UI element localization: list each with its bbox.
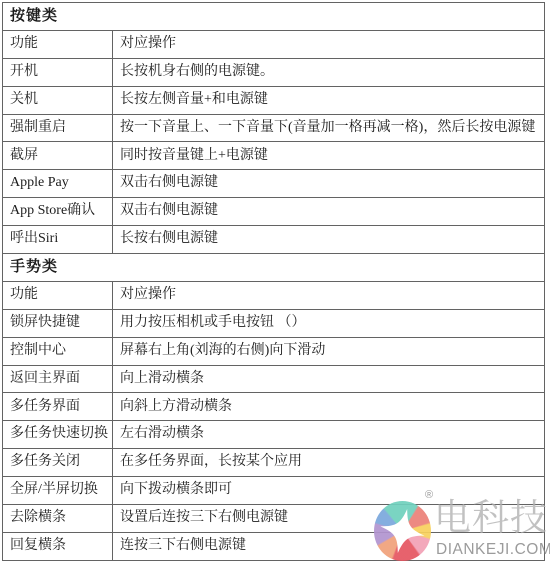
function-cell: 回复横条	[3, 532, 113, 560]
section-title: 手势类	[3, 254, 545, 282]
action-cell: 左右滑动横条	[113, 421, 545, 449]
column-header-action: 对应操作	[113, 30, 545, 58]
function-cell: 多任务界面	[3, 393, 113, 421]
table-row: 强制重启 按一下音量上、一下音量下(音量加一格再减一格)，然后长按电源键	[3, 114, 545, 142]
function-cell: 全屏/半屏切换	[3, 477, 113, 505]
action-cell: 同时按音量键上+电源键	[113, 142, 545, 170]
action-cell: 向下拨动横条即可	[113, 477, 545, 505]
column-header-row: 功能 对应操作	[3, 281, 545, 309]
action-cell: 在多任务界面，长按某个应用	[113, 449, 545, 477]
table-row: 返回主界面 向上滑动横条	[3, 365, 545, 393]
function-cell: App Store确认	[3, 198, 113, 226]
table-row: 锁屏快捷键 用力按压相机或手电按钮 （）	[3, 309, 545, 337]
function-cell: 开机	[3, 58, 113, 86]
function-cell: 多任务快速切换	[3, 421, 113, 449]
table-row: 回复横条 连按三下右侧电源键	[3, 532, 545, 560]
action-cell: 双击右侧电源键	[113, 170, 545, 198]
action-cell: 连按三下右侧电源键	[113, 532, 545, 560]
table-row: App Store确认 双击右侧电源键	[3, 198, 545, 226]
table-row: 多任务关闭 在多任务界面，长按某个应用	[3, 449, 545, 477]
column-header-row: 功能 对应操作	[3, 30, 545, 58]
table-row: 截屏 同时按音量键上+电源键	[3, 142, 545, 170]
action-cell: 设置后连按三下右侧电源键	[113, 505, 545, 533]
column-header-action: 对应操作	[113, 281, 545, 309]
table-row: 全屏/半屏切换 向下拨动横条即可	[3, 477, 545, 505]
action-cell: 长按机身右侧的电源键。	[113, 58, 545, 86]
table-row: 多任务快速切换 左右滑动横条	[3, 421, 545, 449]
table-row: Apple Pay 双击右侧电源键	[3, 170, 545, 198]
column-header-function: 功能	[3, 281, 113, 309]
section-header-row: 按键类	[3, 3, 545, 31]
section-header-row: 手势类	[3, 254, 545, 282]
action-cell: 向上滑动横条	[113, 365, 545, 393]
table-row: 控制中心 屏幕右上角(刘海的右侧)向下滑动	[3, 337, 545, 365]
function-cell: 关机	[3, 86, 113, 114]
section-title: 按键类	[3, 3, 545, 31]
action-cell: 长按左侧音量+和电源键	[113, 86, 545, 114]
table-row: 去除横条 设置后连按三下右侧电源键	[3, 505, 545, 533]
action-cell: 双击右侧电源键	[113, 198, 545, 226]
function-cell: 多任务关闭	[3, 449, 113, 477]
action-cell: 长按右侧电源键	[113, 226, 545, 254]
function-cell: 返回主界面	[3, 365, 113, 393]
function-cell: 强制重启	[3, 114, 113, 142]
table-row: 关机 长按左侧音量+和电源键	[3, 86, 545, 114]
iphone-shortcut-table: 按键类 功能 对应操作 开机 长按机身右侧的电源键。 关机 长按左侧音量+和电源…	[2, 2, 545, 561]
function-cell: 截屏	[3, 142, 113, 170]
function-cell: Apple Pay	[3, 170, 113, 198]
function-cell: 去除横条	[3, 505, 113, 533]
function-cell: 控制中心	[3, 337, 113, 365]
action-cell: 向斜上方滑动横条	[113, 393, 545, 421]
table-row: 开机 长按机身右侧的电源键。	[3, 58, 545, 86]
action-cell: 用力按压相机或手电按钮 （）	[113, 309, 545, 337]
action-cell: 按一下音量上、一下音量下(音量加一格再减一格)，然后长按电源键	[113, 114, 545, 142]
action-cell: 屏幕右上角(刘海的右侧)向下滑动	[113, 337, 545, 365]
table-row: 呼出Siri 长按右侧电源键	[3, 226, 545, 254]
function-cell: 呼出Siri	[3, 226, 113, 254]
table-row: 多任务界面 向斜上方滑动横条	[3, 393, 545, 421]
article-table-screenshot: 按键类 功能 对应操作 开机 长按机身右侧的电源键。 关机 长按左侧音量+和电源…	[0, 0, 550, 564]
column-header-function: 功能	[3, 30, 113, 58]
function-cell: 锁屏快捷键	[3, 309, 113, 337]
